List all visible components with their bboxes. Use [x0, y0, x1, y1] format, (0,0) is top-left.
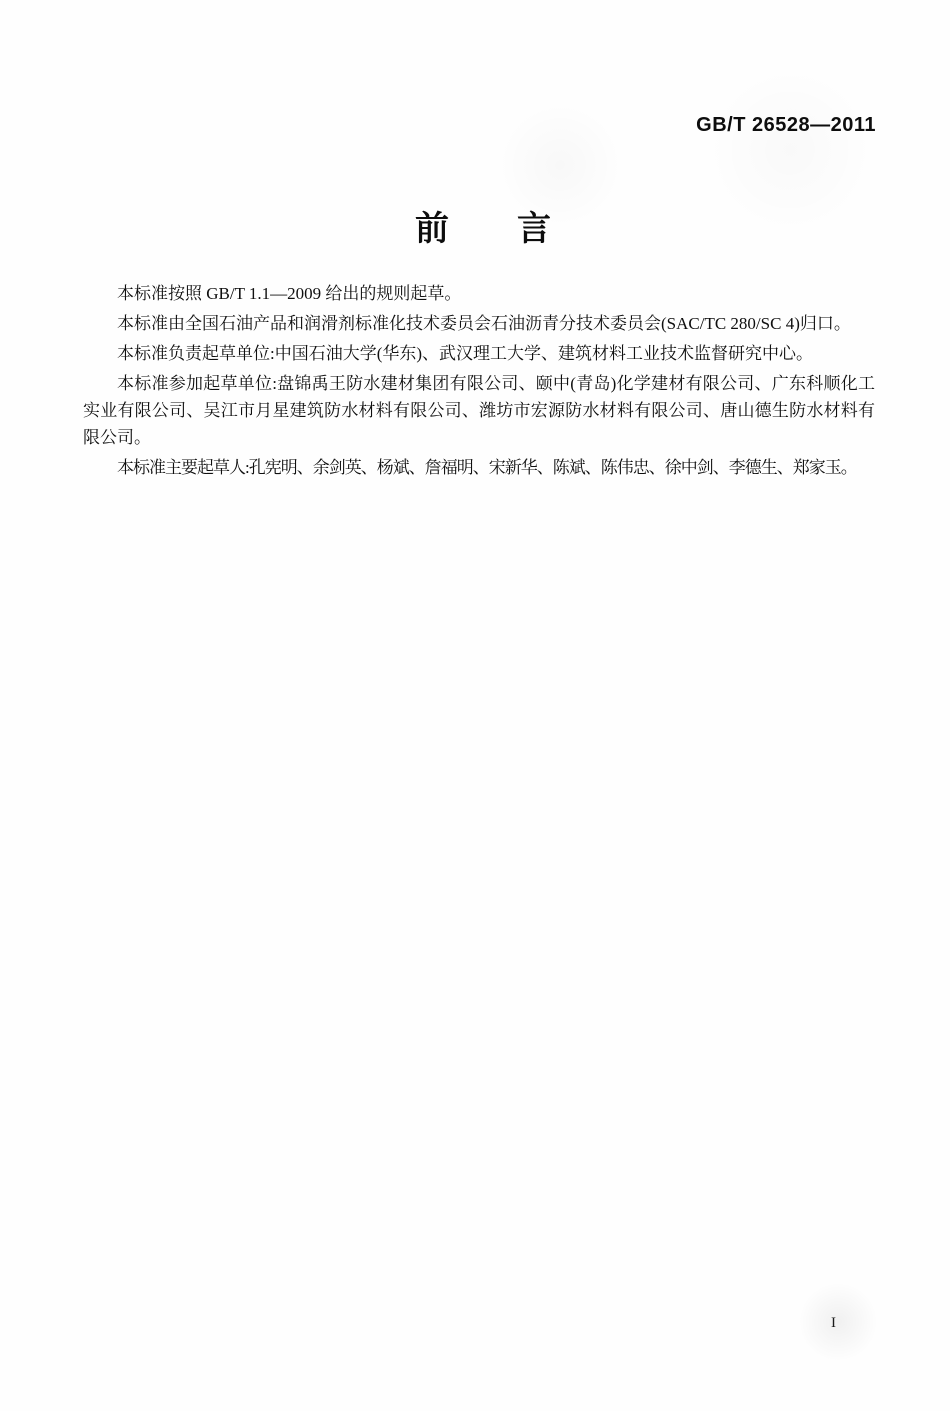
standard-code: GB/T 26528—2011 [696, 114, 876, 137]
paragraph-committee: 本标准由全国石油产品和润滑剂标准化技术委员会石油沥青分技术委员会(SAC/TC … [83, 310, 875, 337]
document-page: GB/T 26528—2011 前 言 本标准按照 GB/T 1.1—2009 … [0, 0, 950, 1411]
foreword-body: 本标准按照 GB/T 1.1—2009 给出的规则起草。 本标准由全国石油产品和… [83, 280, 875, 484]
paragraph-drafters: 本标准主要起草人:孔宪明、余剑英、杨斌、詹福明、宋新华、陈斌、陈伟忠、徐中剑、李… [83, 454, 875, 481]
page-title: 前 言 [83, 201, 883, 250]
page-number: I [831, 1315, 836, 1332]
paragraph-responsible-units: 本标准负责起草单位:中国石油大学(华东)、武汉理工大学、建筑材料工业技术监督研究… [83, 340, 875, 367]
paragraph-participating-units: 本标准参加起草单位:盘锦禹王防水建材集团有限公司、颐中(青岛)化学建材有限公司、… [83, 370, 875, 451]
paragraph-drafting-rules: 本标准按照 GB/T 1.1—2009 给出的规则起草。 [83, 280, 875, 307]
